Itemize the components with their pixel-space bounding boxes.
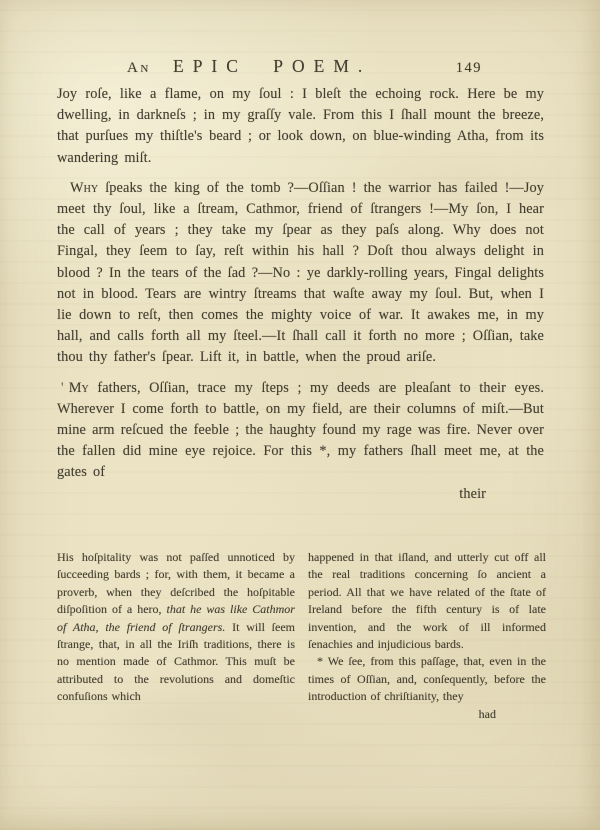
catchword-main: their bbox=[57, 484, 544, 505]
page-number: 149 bbox=[456, 60, 482, 77]
paragraph-3: 'My fathers, Oſſian, trace my ſteps ; my… bbox=[57, 378, 544, 484]
paragraph-2: Why ſpeaks the king of the tomb ?—Oſſian… bbox=[57, 178, 544, 369]
footnote-left-column: His hoſpitality was not paſſed unnoticed… bbox=[57, 549, 295, 723]
main-text: Joy roſe, like a flame, on my ſoul : I b… bbox=[57, 84, 544, 505]
paragraph-1: Joy roſe, like a flame, on my ſoul : I b… bbox=[57, 84, 544, 169]
footnote-right-paragraph-2: * We ſee, from this paſſage, that, even … bbox=[308, 653, 546, 705]
paragraph-2-lead-word: Why bbox=[70, 180, 98, 196]
header-title: EPIC POEM. bbox=[173, 56, 371, 77]
footnotes-section: His hoſpitality was not paſſed unnoticed… bbox=[57, 549, 547, 723]
footnote-right-paragraph-1: happened in that iſland, and utterly cut… bbox=[308, 549, 546, 653]
running-header: An EPIC POEM. 149 bbox=[57, 56, 544, 80]
paragraph-3-quote-mark: ' bbox=[61, 380, 64, 396]
header-word-an: An bbox=[127, 60, 151, 77]
book-page: An EPIC POEM. 149 Joy roſe, like a flame… bbox=[0, 0, 600, 830]
paragraph-2-body: ſpeaks the king of the tomb ?—Oſſian ! t… bbox=[57, 180, 544, 366]
footnote-right-column: happened in that iſland, and utterly cut… bbox=[308, 549, 546, 723]
footnote-left-paragraph: His hoſpitality was not paſſed unnoticed… bbox=[57, 549, 295, 706]
catchword-footnote: had bbox=[308, 706, 546, 723]
paragraph-3-body: fathers, Oſſian, trace my ſteps ; my dee… bbox=[57, 380, 544, 481]
paragraph-3-lead-word: My bbox=[69, 380, 89, 396]
